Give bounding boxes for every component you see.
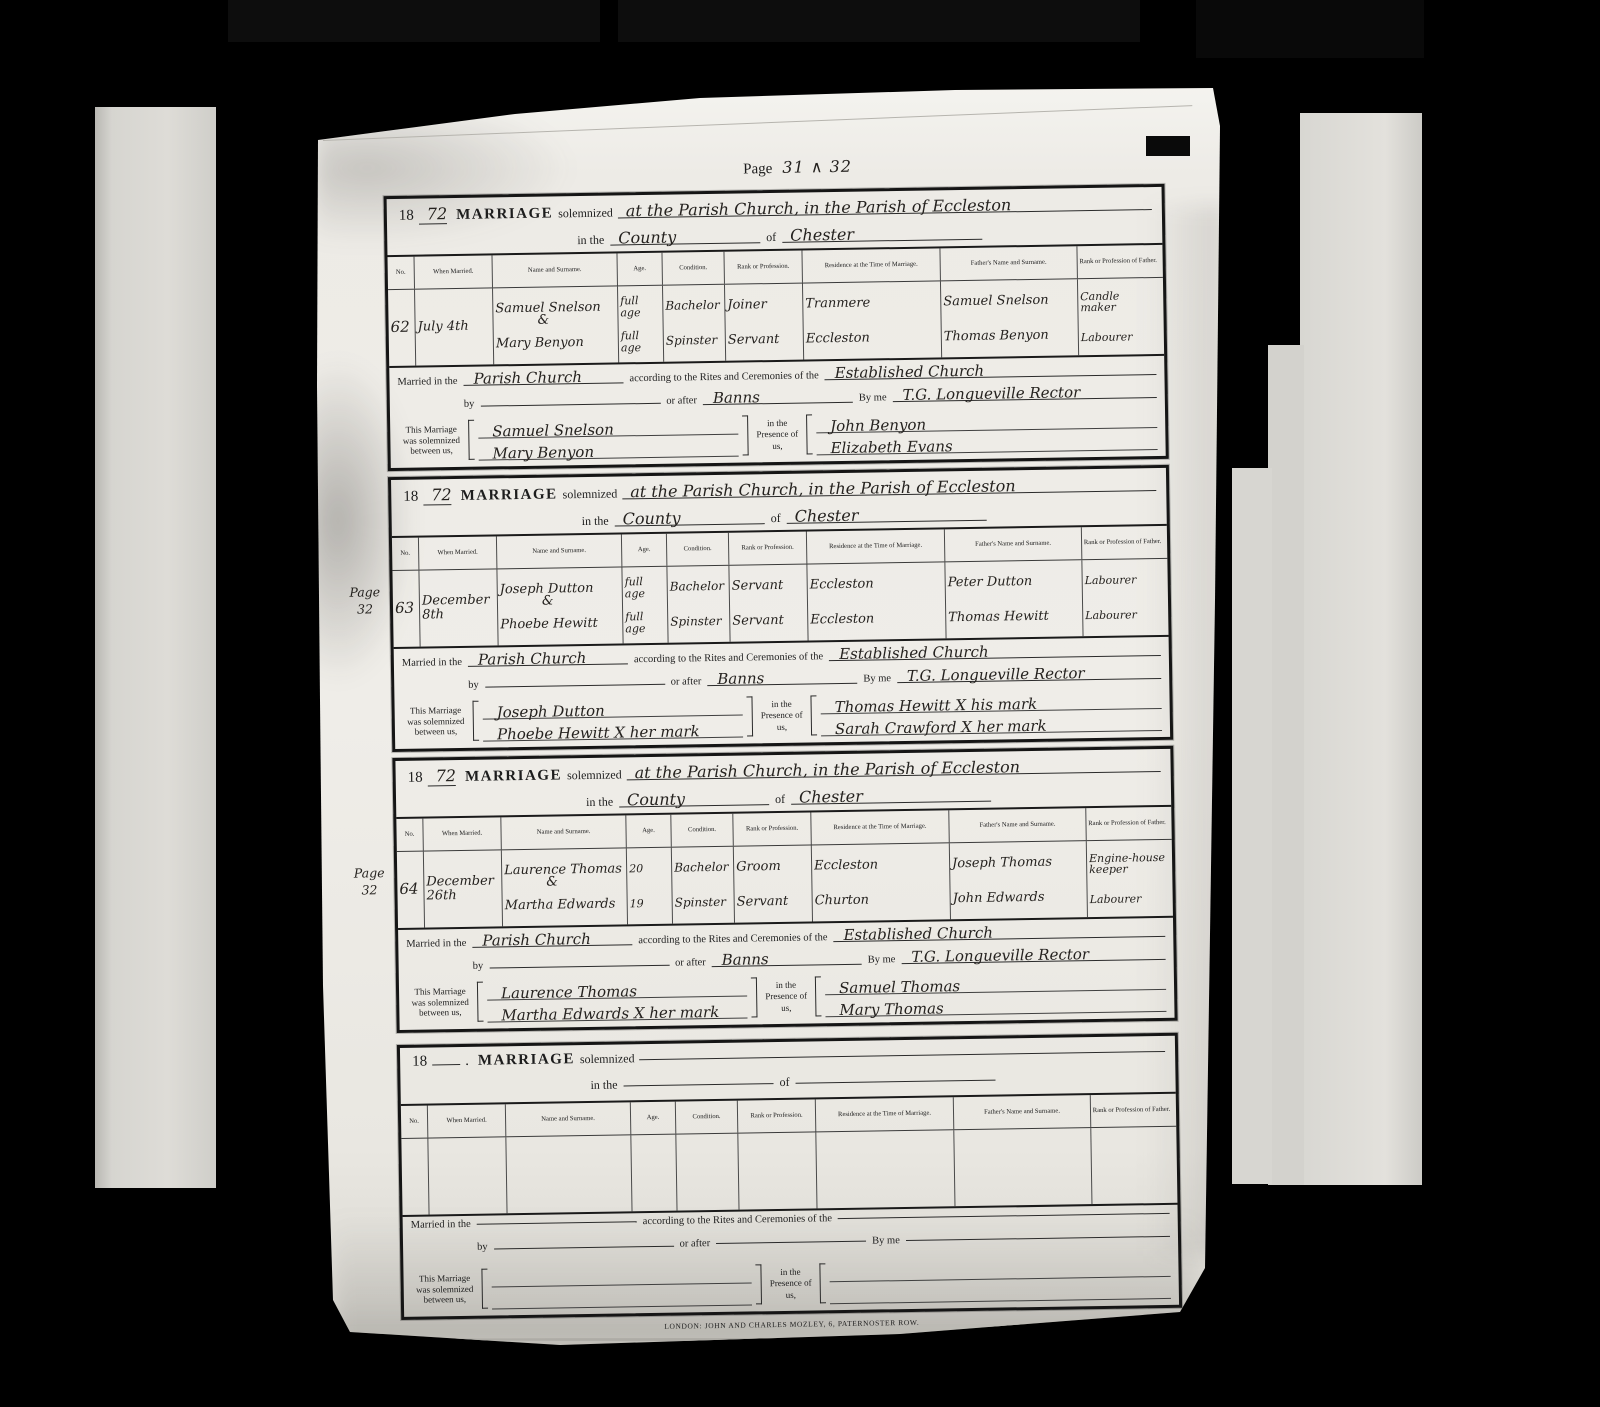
bride-name: Phoebe Hewitt <box>500 616 598 631</box>
signature-lines: Joseph Dutton Phoebe Hewitt X her mark <box>482 695 743 743</box>
solemnized-word: solemnized <box>563 486 618 502</box>
underlying-paper-right <box>1300 113 1422 1185</box>
cell-no: 62 <box>388 290 416 366</box>
ampersand-mark: & <box>537 314 549 328</box>
blank-line <box>480 403 660 407</box>
cell-fathers: Samuel Snelson Thomas Benyon <box>941 279 1079 357</box>
column-header-rank: Rank or Profession. <box>724 251 802 284</box>
margin-page-note: Page 32 <box>343 584 388 618</box>
by-me-label: By me <box>872 1235 900 1246</box>
signature-line <box>491 1263 751 1287</box>
column-header-residence: Residence at the Time of Marriage. <box>811 810 949 844</box>
column-header-name: Name and Surname. <box>501 815 626 849</box>
signature-line: Samuel Snelson <box>478 415 738 439</box>
celebrant-value: T.G. Longueville Rector <box>892 383 1080 404</box>
bride-signature: Phoebe Hewitt X her mark <box>483 722 700 743</box>
or-after-label: or after <box>671 676 702 687</box>
bracket <box>481 1269 488 1309</box>
marriage-register-form: Page 31 ∧ 32 18 72 MARRIAGE solemnized a… <box>383 152 1182 1335</box>
cell-residences: Eccleston Churton <box>812 843 951 921</box>
signatures-row: This Marriage was solemnized between us,… <box>411 1256 1171 1312</box>
entry-number: 62 <box>390 320 409 336</box>
bride-father-rank: Labourer <box>1081 331 1133 343</box>
column-header-condition: Condition. <box>662 252 724 285</box>
cell-names: Joseph Dutton & Phoebe Hewitt <box>497 567 623 645</box>
cell-when-married: December 26th <box>424 850 503 927</box>
blank-line: at the Parish Church, in the Parish of E… <box>622 474 1156 499</box>
witness-line: Elizabeth Evans <box>816 430 1157 455</box>
marriage-entry-62: 18 72 MARRIAGE solemnized at the Parish … <box>384 184 1169 471</box>
blank-line: Parish Church <box>468 648 628 667</box>
groom-age: full age <box>620 295 660 319</box>
page-heading-label: Page <box>743 161 772 178</box>
blank-line <box>485 684 665 688</box>
blank-line: Chester <box>791 785 991 805</box>
cell-no: 63 <box>392 571 420 647</box>
blank-line <box>489 965 669 969</box>
blank-line <box>796 1080 996 1084</box>
underlying-paper-right <box>1268 345 1304 1185</box>
column-header-when-married: When Married. <box>415 255 493 288</box>
groom-condition: Bachelor <box>674 861 729 874</box>
solemnized-at-handwritten: at the Parish Church, in the Parish of E… <box>622 476 1016 501</box>
bracket <box>751 977 758 1017</box>
blank-line: Chester <box>786 504 986 524</box>
year-prefix: 18 <box>408 770 423 787</box>
column-header-when-married: When Married. <box>428 1104 506 1137</box>
blank-line: Chester <box>782 223 982 243</box>
column-header-condition: Condition. <box>671 814 733 847</box>
county-word-handwritten: County <box>610 228 676 248</box>
signature-lines: Samuel Snelson Mary Benyon <box>478 414 739 462</box>
this-marriage-label: This Marriage was solemnized between us, <box>411 1273 478 1306</box>
bride-rank: Servant <box>728 333 780 347</box>
or-after-label: or after <box>666 395 697 406</box>
bride-father-rank: Labourer <box>1090 893 1142 905</box>
cell-fathers: Joseph Thomas John Edwards <box>950 841 1088 919</box>
table-data-row: 62 July 4th Samuel Snelson & Mary Benyon… <box>388 278 1164 366</box>
married-in-value: Parish Church <box>468 649 587 669</box>
cell-father-ranks <box>1091 1127 1173 1204</box>
county-word-handwritten: County <box>615 508 681 528</box>
cell-fathers: Peter Dutton Thomas Hewitt <box>945 560 1083 638</box>
column-header-no: No. <box>392 538 419 570</box>
in-the-label: in the <box>577 233 604 248</box>
bracket <box>477 982 484 1022</box>
this-marriage-label: This Marriage was solemnized between us, <box>407 986 474 1019</box>
blank-line <box>494 1246 674 1250</box>
witness-2: Mary Thomas <box>825 999 944 1019</box>
according-label: according to the Rites and Ceremonies of… <box>638 932 827 946</box>
groom-residence: Tranmere <box>805 296 870 311</box>
column-header-father: Father's Name and Surname. <box>949 808 1086 842</box>
column-header-rank: Rank or Profession. <box>733 812 811 845</box>
witness-1: Samuel Thomas <box>825 977 960 997</box>
of-label: of <box>766 230 776 245</box>
bracket <box>819 1263 826 1303</box>
this-marriage-label: This Marriage was solemnized between us, <box>403 705 470 738</box>
cell-conditions: Bachelor Spinster <box>667 566 730 643</box>
county-name-handwritten: Chester <box>791 787 863 807</box>
bride-age: 19 <box>630 898 644 910</box>
in-presence-label: in the Presence of us, <box>757 699 808 734</box>
column-header-no: No. <box>388 257 415 289</box>
column-header-father-rank: Rank or Profession of Father. <box>1082 526 1163 559</box>
blank-line: Banns <box>703 387 853 405</box>
banns-value: Banns <box>707 669 764 688</box>
bracket <box>810 695 817 735</box>
column-header-condition: Condition. <box>676 1101 738 1134</box>
entry-lower-section: Married in the according to the Rites an… <box>403 1203 1180 1317</box>
in-presence-label: in the Presence of us, <box>765 1267 816 1302</box>
blank-line: T.G. Longueville Rector <box>901 944 1165 964</box>
witness-line: Mary Thomas <box>825 992 1166 1017</box>
or-after-label: or after <box>675 957 706 968</box>
table-data-row: 63 December 8th Joseph Dutton & Phoebe H… <box>392 559 1168 647</box>
bride-signature: Martha Edwards X her mark <box>487 1003 719 1025</box>
when-married-value: July 4th <box>418 320 469 334</box>
cell-ages <box>631 1135 677 1212</box>
groom-name: Laurence Thomas <box>504 862 622 877</box>
rites-value: Established Church <box>825 362 985 383</box>
marriage-entry-63: Page 32 18 72 MARRIAGE solemnized at the… <box>388 465 1173 752</box>
groom-father-rank: Engine-house keeper <box>1089 852 1166 876</box>
by-label: by <box>464 399 475 410</box>
ampersand-mark: & <box>546 875 558 889</box>
blank-line: Parish Church <box>463 367 623 386</box>
by-label: by <box>477 1242 488 1253</box>
blank-line: Established Church <box>825 359 1157 380</box>
column-header-father: Father's Name and Surname. <box>954 1095 1091 1129</box>
bracket <box>806 414 813 454</box>
column-header-name: Name and Surname. <box>497 534 622 568</box>
married-in-label: Married in the <box>406 938 466 950</box>
marriage-entry-blank: 18 . MARRIAGE solemnized in the of No. W… <box>397 1033 1182 1320</box>
bride-father: Thomas Hewitt <box>948 609 1049 624</box>
of-label: of <box>775 792 785 807</box>
column-header-father-rank: Rank or Profession of Father. <box>1077 245 1158 278</box>
by-me-label: By me <box>859 392 887 403</box>
cell-names: Samuel Snelson & Mary Benyon <box>493 286 619 364</box>
cell-ranks: Groom Servant <box>734 845 813 922</box>
banns-value: Banns <box>712 950 769 969</box>
cell-ranks: Servant Servant <box>729 565 808 642</box>
witness-lines: Samuel Thomas Mary Thomas <box>825 969 1167 1018</box>
entry-number: 63 <box>395 601 414 617</box>
scan-canvas: Page 31 ∧ 32 18 72 MARRIAGE solemnized a… <box>0 0 1600 1407</box>
signatures-row: This Marriage was solemnized between us,… <box>407 969 1167 1025</box>
blank-line: T.G. Longueville Rector <box>897 663 1161 683</box>
or-after-label: or after <box>679 1238 710 1249</box>
year-handwritten: 72 <box>423 485 452 505</box>
margin-page-note: Page 32 <box>347 865 392 899</box>
column-header-father: Father's Name and Surname. <box>940 246 1077 280</box>
bracket <box>472 701 479 741</box>
this-marriage-label: This Marriage was solemnized between us, <box>398 424 465 457</box>
signatures-row: This Marriage was solemnized between us,… <box>402 688 1162 744</box>
cell-ranks: Joiner Servant <box>725 284 804 361</box>
witness-2: Elizabeth Evans <box>816 437 952 457</box>
groom-age: full age <box>625 576 665 600</box>
bride-rank: Servant <box>737 895 789 909</box>
cell-residences: Eccleston Eccleston <box>807 562 946 640</box>
blank-line <box>838 1213 1170 1219</box>
groom-father-rank: Labourer <box>1085 574 1137 586</box>
signature-line: Laurence Thomas <box>487 977 747 1001</box>
blank-line: Established Church <box>833 921 1165 942</box>
bracket <box>755 1264 762 1304</box>
solemnized-at-handwritten: at the Parish Church, in the Parish of E… <box>627 757 1021 782</box>
solemnized-word: solemnized <box>558 206 613 222</box>
column-header-name: Name and Surname. <box>506 1102 631 1136</box>
blank-line: T.G. Longueville Rector <box>892 382 1156 402</box>
column-header-rank: Rank or Profession. <box>729 532 807 565</box>
column-header-name: Name and Surname. <box>492 253 617 287</box>
groom-signature: Samuel Snelson <box>478 421 614 441</box>
cell-when-married <box>428 1137 507 1214</box>
cell-names <box>506 1135 632 1213</box>
column-header-residence: Residence at the Time of Marriage. <box>816 1097 954 1131</box>
solemnized-word: solemnized <box>567 767 622 783</box>
column-header-no: No. <box>396 819 423 851</box>
in-presence-label: in the Presence of us, <box>761 980 812 1015</box>
year-handwritten <box>432 1064 460 1065</box>
banns-value: Banns <box>703 388 760 407</box>
by-label: by <box>473 961 484 972</box>
year-prefix: 18 <box>399 208 414 225</box>
groom-signature: Joseph Dutton <box>483 702 605 722</box>
solemnized-word: solemnized <box>580 1051 635 1067</box>
blank-line <box>640 1051 1166 1060</box>
blank-line: Parish Church <box>472 929 632 948</box>
cell-father-ranks: Labourer Labourer <box>1082 559 1164 636</box>
celebrant-value: T.G. Longueville Rector <box>901 945 1089 966</box>
bride-name: Mary Benyon <box>496 336 584 351</box>
rites-value: Established Church <box>829 643 989 664</box>
cell-when-married: December 8th <box>419 569 498 646</box>
entry-lower-section: Married in the Parish Church according t… <box>389 354 1166 468</box>
entry-lower-section: Married in the Parish Church according t… <box>394 635 1171 749</box>
top-black-bar <box>228 0 600 42</box>
bride-residence: Eccleston <box>806 331 870 346</box>
top-black-bar <box>1196 0 1424 58</box>
groom-rank: Groom <box>736 860 781 874</box>
witness-line: Samuel Thomas <box>825 970 1166 995</box>
in-the-label: in the <box>590 1078 617 1093</box>
column-header-residence: Residence at the Time of Marriage. <box>807 529 945 563</box>
county-word-handwritten: County <box>619 789 685 809</box>
marriage-word: MARRIAGE <box>478 1051 575 1070</box>
witness-lines: John Benyon Elizabeth Evans <box>816 407 1158 456</box>
signature-lines: Laurence Thomas Martha Edwards X her mar… <box>487 976 748 1024</box>
signature-line: Phoebe Hewitt X her mark <box>483 718 743 742</box>
rites-value: Established Church <box>833 924 993 945</box>
column-header-father: Father's Name and Surname. <box>945 527 1082 561</box>
column-header-age: Age. <box>622 534 667 567</box>
blank-line <box>906 1236 1170 1241</box>
cell-conditions: Bachelor Spinster <box>672 847 735 924</box>
column-header-condition: Condition. <box>667 533 729 566</box>
signature-lines <box>491 1262 752 1310</box>
in-the-label: in the <box>582 514 609 529</box>
marriage-word: MARRIAGE <box>461 486 558 505</box>
ampersand-mark: & <box>542 595 554 609</box>
cell-conditions: Bachelor Spinster <box>663 285 726 362</box>
by-me-label: By me <box>868 954 896 965</box>
blank-line <box>477 1221 637 1225</box>
witness-lines <box>829 1256 1171 1305</box>
table-data-row: 64 December 26th Laurence Thomas & Marth… <box>397 840 1173 928</box>
page-numbers-handwritten: 31 ∧ 32 <box>782 157 852 177</box>
bracket <box>742 415 749 455</box>
bride-age: full age <box>625 611 665 635</box>
cell-ages: full age full age <box>622 567 668 644</box>
signature-line: Joseph Dutton <box>482 696 742 720</box>
married-in-value: Parish Church <box>472 930 591 950</box>
witness-line: Sarah Crawford X her mark <box>821 711 1162 736</box>
bracket <box>468 420 475 460</box>
marriage-word: MARRIAGE <box>456 205 553 224</box>
bride-residence: Eccleston <box>810 612 874 627</box>
cell-conditions <box>676 1134 739 1211</box>
marriage-word: MARRIAGE <box>465 767 562 786</box>
column-header-age: Age. <box>626 815 671 848</box>
witness-line: Thomas Hewitt X his mark <box>820 689 1161 714</box>
witness-lines: Thomas Hewitt X his mark Sarah Crawford … <box>820 688 1162 737</box>
cell-father-ranks: Engine-house keeper Labourer <box>1087 840 1169 917</box>
cell-residences: Tranmere Eccleston <box>803 281 942 359</box>
top-black-bar <box>618 0 1140 42</box>
column-header-no: No. <box>401 1106 428 1138</box>
blank-line: County <box>610 226 760 245</box>
cell-residences <box>816 1130 955 1208</box>
bride-signature: Mary Benyon <box>478 443 594 463</box>
signature-line: Martha Edwards X her mark <box>487 999 747 1023</box>
when-married-value: December 26th <box>426 875 499 903</box>
groom-rank: Servant <box>732 579 784 593</box>
married-in-value: Parish Church <box>463 368 582 388</box>
column-header-age: Age. <box>617 253 662 286</box>
bracket <box>746 696 753 736</box>
married-in-label: Married in the <box>402 657 462 669</box>
column-header-when-married: When Married. <box>419 536 497 569</box>
year-prefix: 18 <box>403 489 418 506</box>
bride-father: Thomas Benyon <box>944 328 1049 343</box>
column-header-when-married: When Married. <box>423 817 501 850</box>
blank-line: Established Church <box>829 640 1161 661</box>
bride-residence: Churton <box>815 893 870 907</box>
blank-line: County <box>615 507 765 526</box>
groom-father: Samuel Snelson <box>943 293 1049 308</box>
page-crease <box>323 105 1192 141</box>
cell-ranks <box>738 1132 817 1209</box>
cell-fathers <box>954 1128 1092 1206</box>
entry-number: 64 <box>399 882 418 898</box>
entry-lower-section: Married in the Parish Church according t… <box>398 916 1175 1030</box>
witness-line: John Benyon <box>816 408 1157 433</box>
cell-ages: 20 19 <box>627 848 673 925</box>
bride-condition: Spinster <box>670 615 721 628</box>
according-label: according to the Rites and Ceremonies of… <box>629 370 818 384</box>
county-name-handwritten: Chester <box>786 506 858 526</box>
blank-line: County <box>619 788 769 807</box>
according-label: according to the Rites and Ceremonies of… <box>634 651 823 665</box>
column-header-residence: Residence at the Time of Marriage. <box>802 248 940 282</box>
year-handwritten: 72 <box>419 204 448 224</box>
blank-line: at the Parish Church, in the Parish of E… <box>627 755 1161 780</box>
page-stack-edge <box>360 1338 1160 1341</box>
bride-condition: Spinster <box>675 896 726 909</box>
underlying-paper-right <box>1232 468 1272 1184</box>
married-in-label: Married in the <box>411 1219 471 1231</box>
cell-when-married: July 4th <box>415 288 494 365</box>
witness-line <box>829 1257 1170 1282</box>
year-handwritten: 72 <box>428 766 457 786</box>
year-prefix: 18 <box>412 1054 427 1071</box>
bracket <box>815 976 822 1016</box>
cell-names: Laurence Thomas & Martha Edwards <box>502 848 628 926</box>
by-label: by <box>468 680 479 691</box>
bride-rank: Servant <box>732 614 784 628</box>
signature-line: Mary Benyon <box>478 437 738 461</box>
column-header-age: Age. <box>631 1102 676 1135</box>
solemnized-at-handwritten: at the Parish Church, in the Parish of E… <box>618 195 1012 220</box>
in-presence-label: in the Presence of us, <box>752 418 803 453</box>
of-label: of <box>771 511 781 526</box>
groom-father-rank: Candle maker <box>1080 290 1157 314</box>
bride-father: John Edwards <box>953 891 1045 906</box>
bride-father-rank: Labourer <box>1085 609 1137 621</box>
bride-condition: Spinster <box>666 334 717 347</box>
bride-age: full age <box>621 330 661 354</box>
witness-1: John Benyon <box>816 416 926 436</box>
bride-name: Martha Edwards <box>505 897 616 912</box>
signatures-row: This Marriage was solemnized between us,… <box>398 407 1158 463</box>
by-me-label: By me <box>863 673 891 684</box>
groom-condition: Bachelor <box>670 580 725 593</box>
blank-line <box>624 1083 774 1086</box>
cell-ages: full age full age <box>618 286 664 363</box>
witness-line <box>830 1279 1171 1304</box>
of-label: of <box>779 1075 789 1090</box>
table-data-row <box>401 1127 1177 1215</box>
according-label: according to the Rites and Ceremonies of… <box>643 1213 832 1227</box>
column-header-rank: Rank or Profession. <box>738 1099 816 1132</box>
cell-no: 64 <box>397 852 425 928</box>
column-header-father-rank: Rank or Profession of Father. <box>1091 1094 1172 1127</box>
column-header-father-rank: Rank or Profession of Father. <box>1086 807 1167 840</box>
groom-residence: Eccleston <box>814 858 878 873</box>
when-married-value: December 8th <box>422 594 495 622</box>
witness-2: Sarah Crawford X her mark <box>821 717 1047 739</box>
signature-line <box>492 1285 752 1309</box>
county-name-handwritten: Chester <box>782 225 854 245</box>
groom-residence: Eccleston <box>810 577 874 592</box>
married-in-label: Married in the <box>397 376 457 388</box>
celebrant-value: T.G. Longueville Rector <box>897 664 1085 685</box>
groom-signature: Laurence Thomas <box>487 982 637 1002</box>
groom-father: Joseph Thomas <box>952 855 1052 870</box>
groom-father: Peter Dutton <box>948 575 1033 590</box>
groom-condition: Bachelor <box>665 299 720 312</box>
in-the-label: in the <box>586 795 613 810</box>
groom-age: 20 <box>629 863 643 875</box>
blank-line: Banns <box>712 949 862 967</box>
cell-father-ranks: Candle maker Labourer <box>1078 278 1160 355</box>
marriage-entry-64: Page 32 18 72 MARRIAGE solemnized at the… <box>392 746 1177 1033</box>
underlying-paper-left <box>95 107 216 1188</box>
blank-line: Banns <box>707 668 857 686</box>
